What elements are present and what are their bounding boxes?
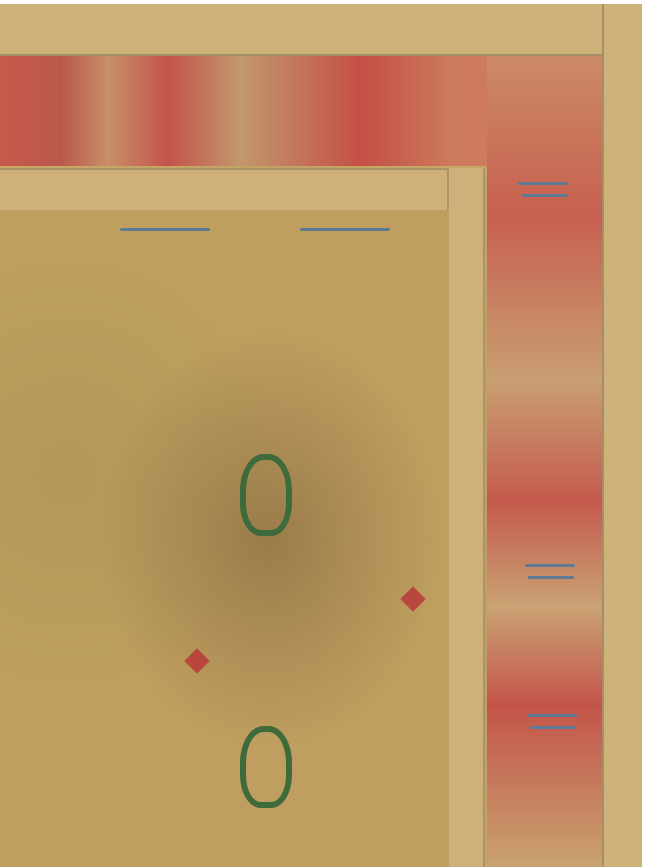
blue-motif (518, 182, 568, 185)
blue-motif (530, 726, 576, 729)
blue-motif (120, 228, 210, 231)
outer-guard-border-right (602, 4, 642, 867)
outer-guard-border-top (0, 4, 642, 56)
green-medallion-motif (240, 454, 292, 536)
blue-motif (527, 714, 577, 717)
rug-photo (0, 4, 642, 867)
inner-guard-border-right (447, 168, 485, 867)
inner-guard-border-top (0, 168, 485, 212)
blue-motif (525, 564, 575, 567)
blue-motif (522, 194, 568, 197)
rug-field (0, 210, 449, 867)
main-border-right (487, 56, 602, 867)
blue-motif (300, 228, 390, 231)
green-medallion-motif (240, 726, 292, 808)
blue-motif (528, 576, 574, 579)
